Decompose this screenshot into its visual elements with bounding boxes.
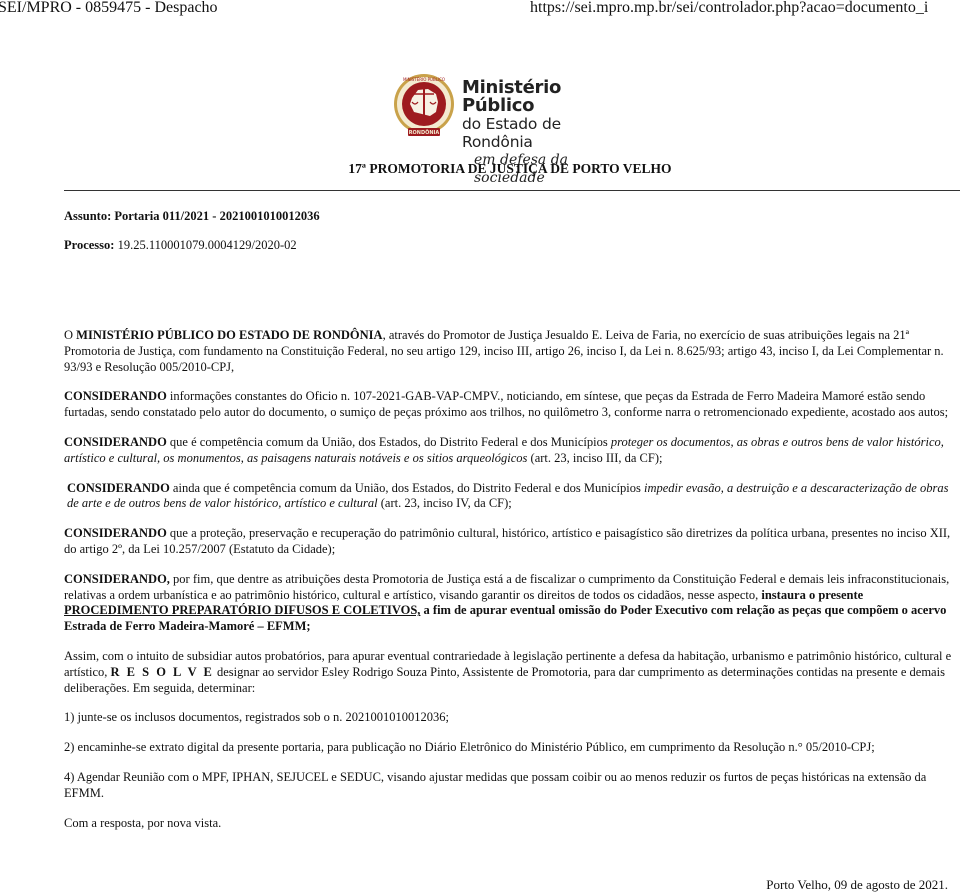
office-title: 17ª PROMOTORIA DE JUSTIÇA DE PORTO VELHO xyxy=(0,161,960,177)
print-header: SEI/MPRO - 0859475 - Despacho https://se… xyxy=(0,0,960,20)
header-divider xyxy=(64,190,960,191)
logo-line-2: do Estado de Rondônia xyxy=(462,115,632,151)
list-item: 2) encaminhe-se extrato digital da prese… xyxy=(64,740,960,756)
paragraph-considering-4: CONSIDERANDO que a proteção, preservação… xyxy=(64,526,960,558)
document-body: O MINISTÉRIO PÚBLICO DO ESTADO DE RONDÔN… xyxy=(64,328,960,845)
svg-text:MINISTÉRIO PÚBLICO: MINISTÉRIO PÚBLICO xyxy=(403,77,445,82)
document-title: SEI/MPRO - 0859475 - Despacho xyxy=(0,0,218,17)
institution-logo: RONDÔNIA MINISTÉRIO PÚBLICO Ministério P… xyxy=(392,72,632,142)
paragraph-considering-3: CONSIDERANDO ainda que é competência com… xyxy=(64,481,960,513)
emblem-icon: RONDÔNIA MINISTÉRIO PÚBLICO xyxy=(392,72,456,140)
paragraph-preamble: O MINISTÉRIO PÚBLICO DO ESTADO DE RONDÔN… xyxy=(64,328,960,375)
paragraph-closing: Com a resposta, por nova vista. xyxy=(64,816,960,832)
paragraph-considering-2: CONSIDERANDO que é competência comum da … xyxy=(64,435,960,467)
paragraph-considering-5: CONSIDERANDO, por fim, que dentre as atr… xyxy=(64,572,960,635)
procedure-title: PROCEDIMENTO PREPARATÓRIO DIFUSOS E COLE… xyxy=(64,603,420,617)
svg-text:RONDÔNIA: RONDÔNIA xyxy=(409,129,440,136)
process-line: Processo: 19.25.110001079.0004129/2020-0… xyxy=(64,238,297,253)
subject-value: Portaria 011/2021 - 2021001010012036 xyxy=(114,209,319,223)
subject-line: Assunto: Portaria 011/2021 - 20210010100… xyxy=(64,209,320,224)
paragraph-considering-1: CONSIDERANDO informações constantes do O… xyxy=(64,389,960,421)
document-url: https://sei.mpro.mp.br/sei/controlador.p… xyxy=(530,0,928,17)
list-item: 1) junte-se os inclusos documentos, regi… xyxy=(64,710,960,726)
subject-label: Assunto: xyxy=(64,209,111,223)
process-value: 19.25.110001079.0004129/2020-02 xyxy=(118,238,297,252)
list-item: 4) Agendar Reunião com o MPF, IPHAN, SEJ… xyxy=(64,770,960,802)
process-label: Processo: xyxy=(64,238,114,252)
paragraph-resolution: Assim, com o intuito de subsidiar autos … xyxy=(64,649,960,696)
place-date: Porto Velho, 09 de agosto de 2021. xyxy=(766,877,948,893)
logo-line-1: Ministério Público xyxy=(462,79,632,115)
